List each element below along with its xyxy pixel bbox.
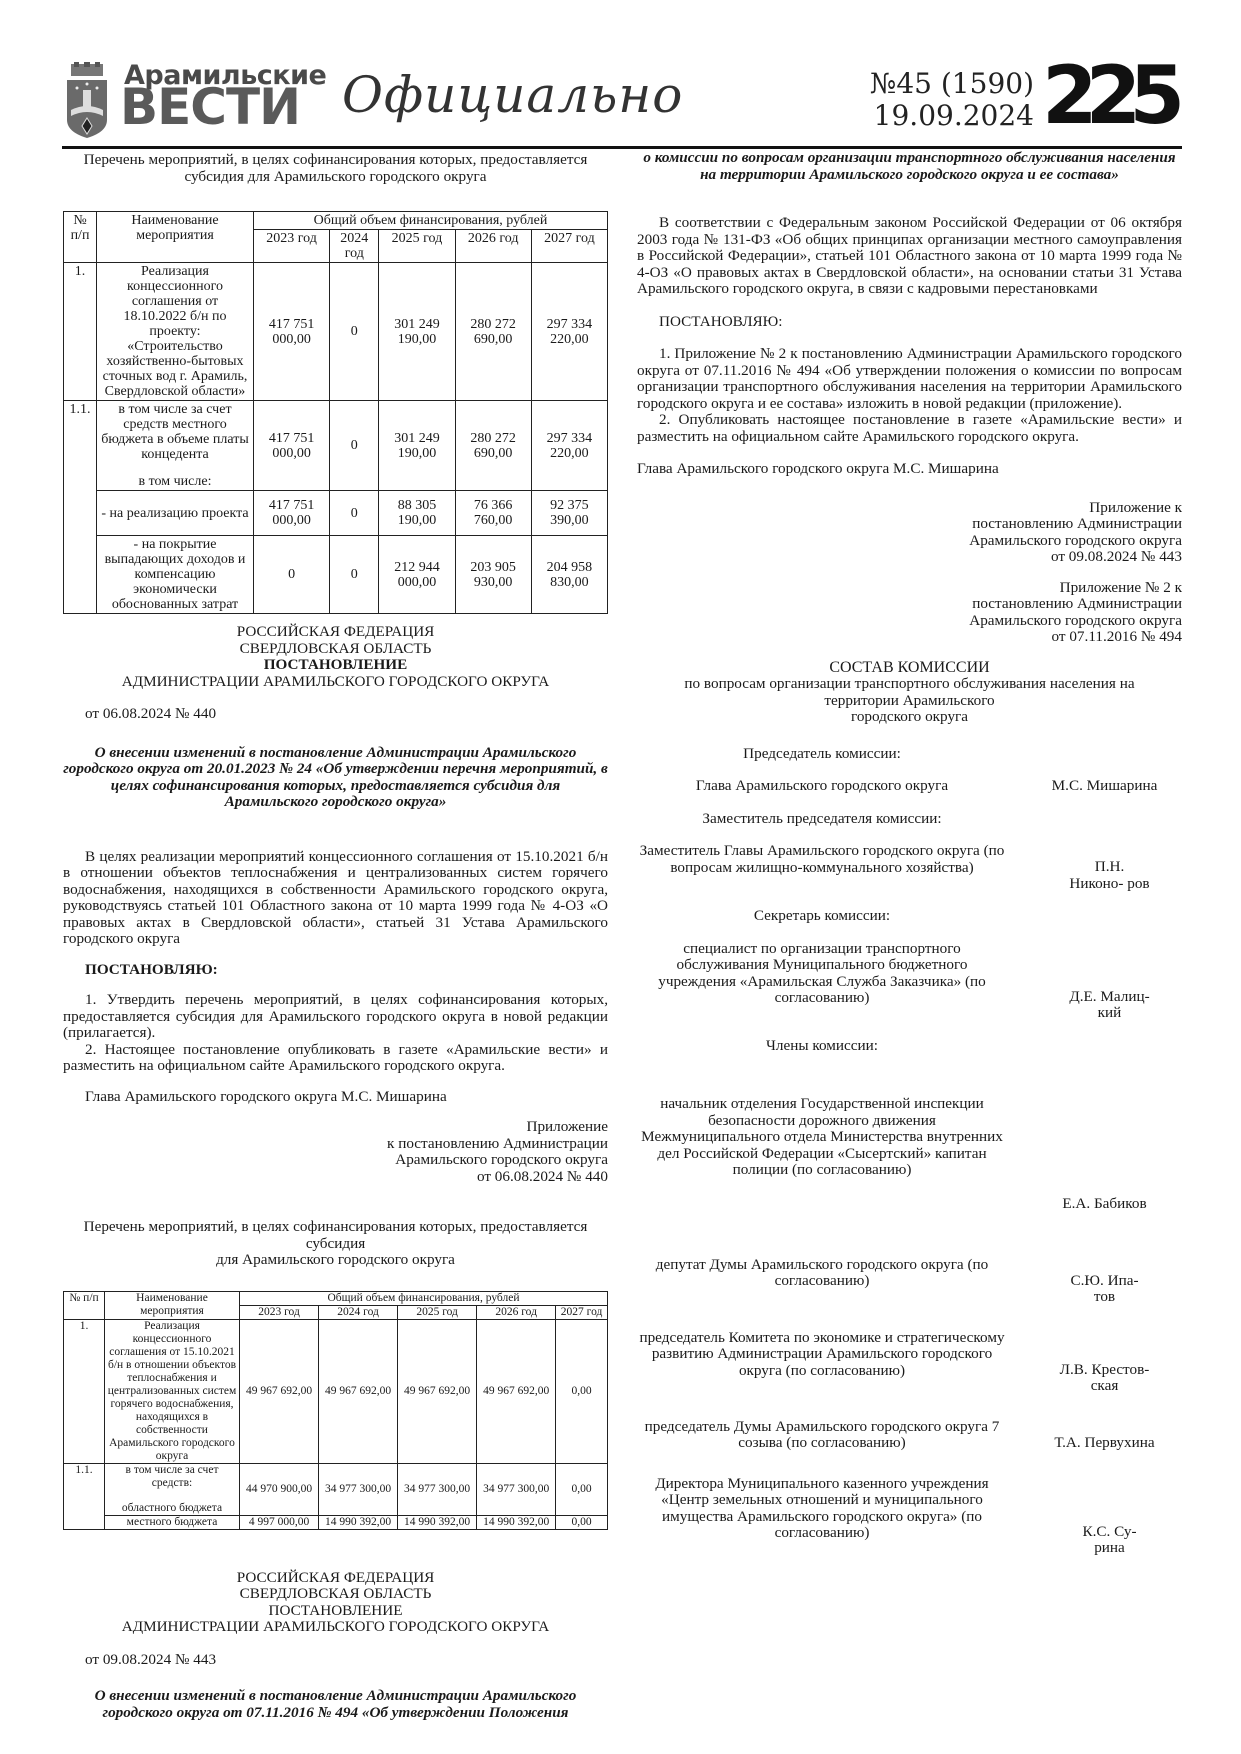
appendix-494: Приложение № 2 к постановлению Администр… <box>637 580 1182 646</box>
table-row: - на покрытие выпадающих доходов и компе… <box>64 536 608 614</box>
composition-heading: СОСТАВ КОМИССИИ по вопросам организации … <box>637 660 1182 726</box>
appendix-443: Приложение к постановлению Администрации… <box>637 500 1182 566</box>
col-header-year: 2027 год <box>531 230 607 263</box>
decree-1-item-1: 1. Утвердить перечень мероприятий, в цел… <box>63 992 608 1042</box>
member: председатель Комитета по экономике и стр… <box>637 1330 1182 1395</box>
decree-1-item-2: 2. Настоящее постановление опубликовать … <box>63 1042 608 1075</box>
member-chair: Глава Арамильского городского округа М.С… <box>637 778 1182 795</box>
table2-title: Перечень мероприятий, в целях софинансир… <box>63 1219 608 1269</box>
table-row: - на реализацию проекта 417 751 000,00 0… <box>64 491 608 536</box>
decree-2-header: РОССИЙСКАЯ ФЕДЕРАЦИЯ СВЕРДЛОВСКАЯ ОБЛАСТ… <box>63 1570 608 1636</box>
member: депутат Думы Арамильского городского окр… <box>637 1257 1182 1306</box>
col-header-name: Наименование мероприятия <box>105 1291 240 1319</box>
decree-2-date: от 09.08.2024 № 443 <box>63 1652 608 1669</box>
chair-label: Председатель комиссии: <box>637 746 1007 763</box>
table-row: 1.1. в том числе за счет средств:областн… <box>64 1463 608 1515</box>
col-header-name: Наименование мероприятия <box>97 212 254 263</box>
coat-of-arms-icon <box>65 62 109 140</box>
decree-1-resolve: ПОСТАНОВЛЯЮ: <box>63 962 608 979</box>
col-header-num: № п/п <box>64 212 97 263</box>
section-title: Официально <box>342 66 683 124</box>
decree-1-preamble: В целях реализации мероприятий концессио… <box>63 849 608 948</box>
col-header-year: 2025 год <box>379 230 455 263</box>
issue-number: №45 (1590) <box>862 68 1034 100</box>
masthead: Арамильские ВЕСТИ Официально №45 (1590) … <box>62 60 1182 144</box>
decree-2-item-2: 2. Опубликовать настоящее постановление … <box>637 412 1182 445</box>
decree-1-signature: Глава Арамильского городского округа М.С… <box>63 1089 608 1106</box>
issue-info: №45 (1590) 19.09.2024 <box>862 68 1034 132</box>
member: председатель Думы Арамильского городског… <box>637 1419 1182 1452</box>
issue-date: 19.09.2024 <box>862 100 1034 132</box>
col-header-year: 2024 год <box>330 230 379 263</box>
member: Директора Муниципального казенного учреж… <box>637 1476 1182 1557</box>
col-header-year: 2023 год <box>254 230 330 263</box>
page-number: 225 <box>1042 56 1173 136</box>
secretary-label: Секретарь комиссии: <box>637 908 1007 925</box>
members-label: Члены комиссии: <box>637 1038 1007 1055</box>
col-header-year: 2023 год <box>240 1305 319 1319</box>
financing-table-1: № п/п Наименование мероприятия Общий объ… <box>63 211 608 614</box>
member-deputy: Заместитель Главы Арамильского городског… <box>637 843 1182 892</box>
col-header-year: 2026 год <box>477 1305 556 1319</box>
decree-2-signature: Глава Арамильского городского округа М.С… <box>637 461 1182 478</box>
decree-2-preamble: В соответствии с Федеральным законом Рос… <box>637 215 1182 298</box>
decree-2-title-start: О внесении изменений в постановление Адм… <box>63 1688 608 1721</box>
decree-2-item-1: 1. Приложение № 2 к постановлению Админи… <box>637 346 1182 412</box>
decree-1-header: РОССИЙСКАЯ ФЕДЕРАЦИЯ СВЕРДЛОВСКАЯ ОБЛАСТ… <box>63 624 608 690</box>
col-header-group: Общий объем финансирования, рублей <box>254 212 608 230</box>
right-column: о комиссии по вопросам организации транс… <box>637 150 1182 1557</box>
newspaper-name-main: ВЕСТИ <box>120 82 300 132</box>
member-secretary: специалист по организации транспортного … <box>637 941 1182 1022</box>
col-header-num: № п/п <box>64 1291 105 1319</box>
col-header-group: Общий объем финансирования, рублей <box>240 1291 608 1305</box>
left-column: Перечень мероприятий, в целях софинансир… <box>63 150 608 1721</box>
financing-table-2: № п/п Наименование мероприятия Общий объ… <box>63 1291 608 1530</box>
decree-1-title: О внесении изменений в постановление Адм… <box>63 745 608 811</box>
decree-2-title-cont: о комиссии по вопросам организации транс… <box>637 150 1182 183</box>
decree-2-resolve: ПОСТАНОВЛЯЮ: <box>637 314 1182 331</box>
table-row: местного бюджета 4 997 000,00 14 990 392… <box>64 1515 608 1529</box>
deputy-label: Заместитель председателя комиссии: <box>637 811 1007 828</box>
decree-1-date: от 06.08.2024 № 440 <box>63 706 608 723</box>
table-row: 1. Реализация концессионного соглашения … <box>64 1319 608 1463</box>
col-header-year: 2026 год <box>455 230 531 263</box>
col-header-year: 2025 год <box>398 1305 477 1319</box>
table-row: 1.1. в том числе за счет средств местног… <box>64 401 608 491</box>
col-header-year: 2027 год <box>556 1305 608 1319</box>
table1-title: Перечень мероприятий, в целях софинансир… <box>63 152 608 185</box>
col-header-year: 2024 год <box>319 1305 398 1319</box>
decree-1-appendix: Приложение к постановлению Администрации… <box>63 1119 608 1185</box>
member: начальник отделения Государственной инсп… <box>637 1096 1182 1213</box>
table-row: 1. Реализация концессионного соглашения … <box>64 263 608 401</box>
